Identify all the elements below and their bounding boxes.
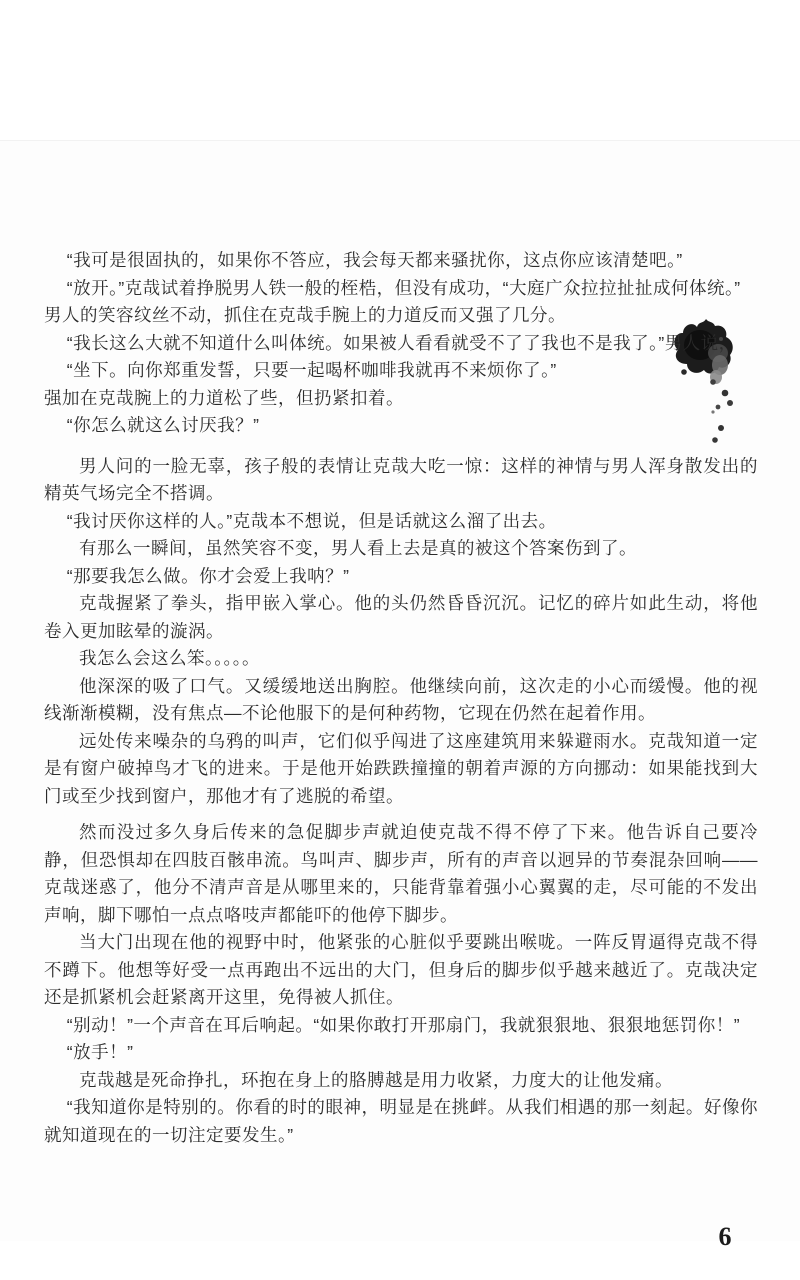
paragraph: “你怎么就这么讨厌我？” bbox=[44, 412, 758, 440]
paragraph: 有那么一瞬间，虽然笑容不变，男人看上去是真的被这个答案伤到了。 bbox=[44, 535, 758, 563]
page-number: 6 bbox=[700, 1222, 750, 1252]
novel-text-block: “我可是很固执的，如果你不答应，我会每天都来骚扰你，这点你应该清楚吧。” “放开… bbox=[44, 247, 758, 1149]
paragraph: 他深深的吸了口气。又缓缓地送出胸腔。他继续向前，这次走的小心而缓慢。他的视线渐渐… bbox=[44, 673, 758, 728]
paragraph: 克哉越是死命挣扎，环抱在身上的胳膊越是用力收紧，力度大的让他发痛。 bbox=[44, 1067, 758, 1095]
paragraph: “我可是很固执的，如果你不答应，我会每天都来骚扰你，这点你应该清楚吧。” bbox=[44, 247, 758, 275]
paragraph: “放手！” bbox=[44, 1039, 758, 1067]
paragraph: “我长这么大就不知道什么叫体统。如果被人看看就受不了了我也不是我了。”男人说， bbox=[44, 330, 758, 358]
paragraph: 强加在克哉腕上的力道松了些，但扔紧扣着。 bbox=[44, 385, 758, 413]
paragraph: “别动！”一个声音在耳后响起。“如果你敢打开那扇门，我就狠狠地、狠狠地惩罚你！” bbox=[44, 1012, 758, 1040]
paragraph: 然而没过多久身后传来的急促脚步声就迫使克哉不得不停了下来。他告诉自己要冷静，但恐… bbox=[44, 819, 758, 929]
paragraph: “那要我怎么做。你才会爱上我呐？” bbox=[44, 563, 758, 591]
paragraph: “我知道你是特别的。你看的时的眼神，明显是在挑衅。从我们相遇的那一刻起。好像你就… bbox=[44, 1094, 758, 1149]
paragraph: 克哉握紧了拳头，指甲嵌入掌心。他的头仍然昏昏沉沉。记忆的碎片如此生动，将他卷入更… bbox=[44, 590, 758, 645]
paragraph: 我怎么会这么笨。。。。。 bbox=[44, 645, 758, 673]
paragraph: 当大门出现在他的视野中时，他紧张的心脏似乎要跳出喉咙。一阵反胃逼得克哉不得不蹲下… bbox=[44, 929, 758, 1012]
paragraph: 远处传来噪杂的乌鸦的叫声，它们似乎闯进了这座建筑用来躲避雨水。克哉知道一定是有窗… bbox=[44, 728, 758, 811]
paragraph: “放开。”克哉试着挣脱男人铁一般的桎梏，但没有成功，“大庭广众拉拉扯扯成何体统。… bbox=[44, 275, 758, 303]
paragraph: 男人问的一脸无辜，孩子般的表情让克哉大吃一惊：这样的神情与男人浑身散发出的精英气… bbox=[44, 453, 758, 508]
paragraph: “我讨厌你这样的人。”克哉本不想说，但是话就这么溜了出去。 bbox=[44, 508, 758, 536]
paragraph: “坐下。向你郑重发誓，只要一起喝杯咖啡我就再不来烦你了。” bbox=[44, 357, 758, 385]
paragraph: 男人的笑容纹丝不动，抓住在克哉手腕上的力道反而又强了几分。 bbox=[44, 302, 758, 330]
